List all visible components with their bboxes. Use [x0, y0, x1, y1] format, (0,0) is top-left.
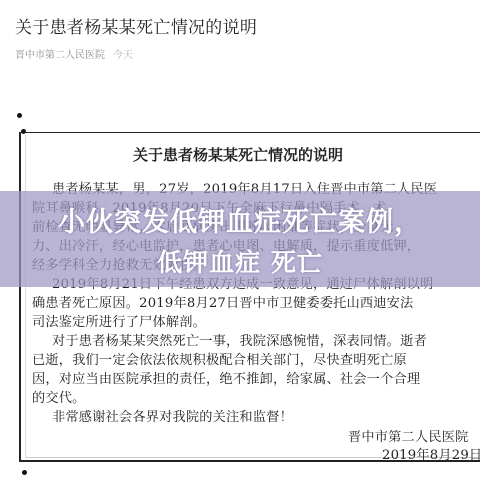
doc-line: 确患者死亡原因。2019年8月27日晋中市卫健委委托山西迪安法: [32, 292, 413, 311]
article-title: 关于患者杨某某死亡情况的说明: [15, 13, 257, 38]
headline-line-1: 小伙突发低钾血症死亡案例，: [0, 200, 480, 239]
publish-time: 今天: [113, 50, 133, 61]
doc-line: 已逝，我们一定会依法依规积极配合相关部门，尽快查明死亡原: [32, 349, 407, 368]
doc-date: 2019年8月29日: [382, 444, 480, 463]
doc-line: 的交代。: [32, 387, 86, 406]
doc-line: 对于患者杨某某突然死亡一事，我院深感惋惜，深表同情。逝者: [52, 330, 427, 349]
doc-line: 非常感谢社会各界对我院的关注和监督！: [52, 406, 293, 425]
document-title: 关于患者杨某某死亡情况的说明: [133, 144, 343, 165]
doc-line: 司法鉴定所进行了尸体解剖。: [32, 311, 206, 330]
source-account[interactable]: 晋中市第二人民医院: [15, 50, 105, 61]
bullet-dot: [22, 470, 27, 475]
bullet-dot: [17, 113, 22, 118]
doc-line: 因，对应当由医院承担的责任，绝不推卸，给家属、社会一个合理: [32, 368, 420, 387]
headline-line-2: 低钾血症 死亡: [0, 243, 480, 279]
doc-signature: 晋中市第二人民医院: [348, 426, 469, 445]
article-meta: 晋中市第二人民医院今天: [15, 46, 133, 61]
